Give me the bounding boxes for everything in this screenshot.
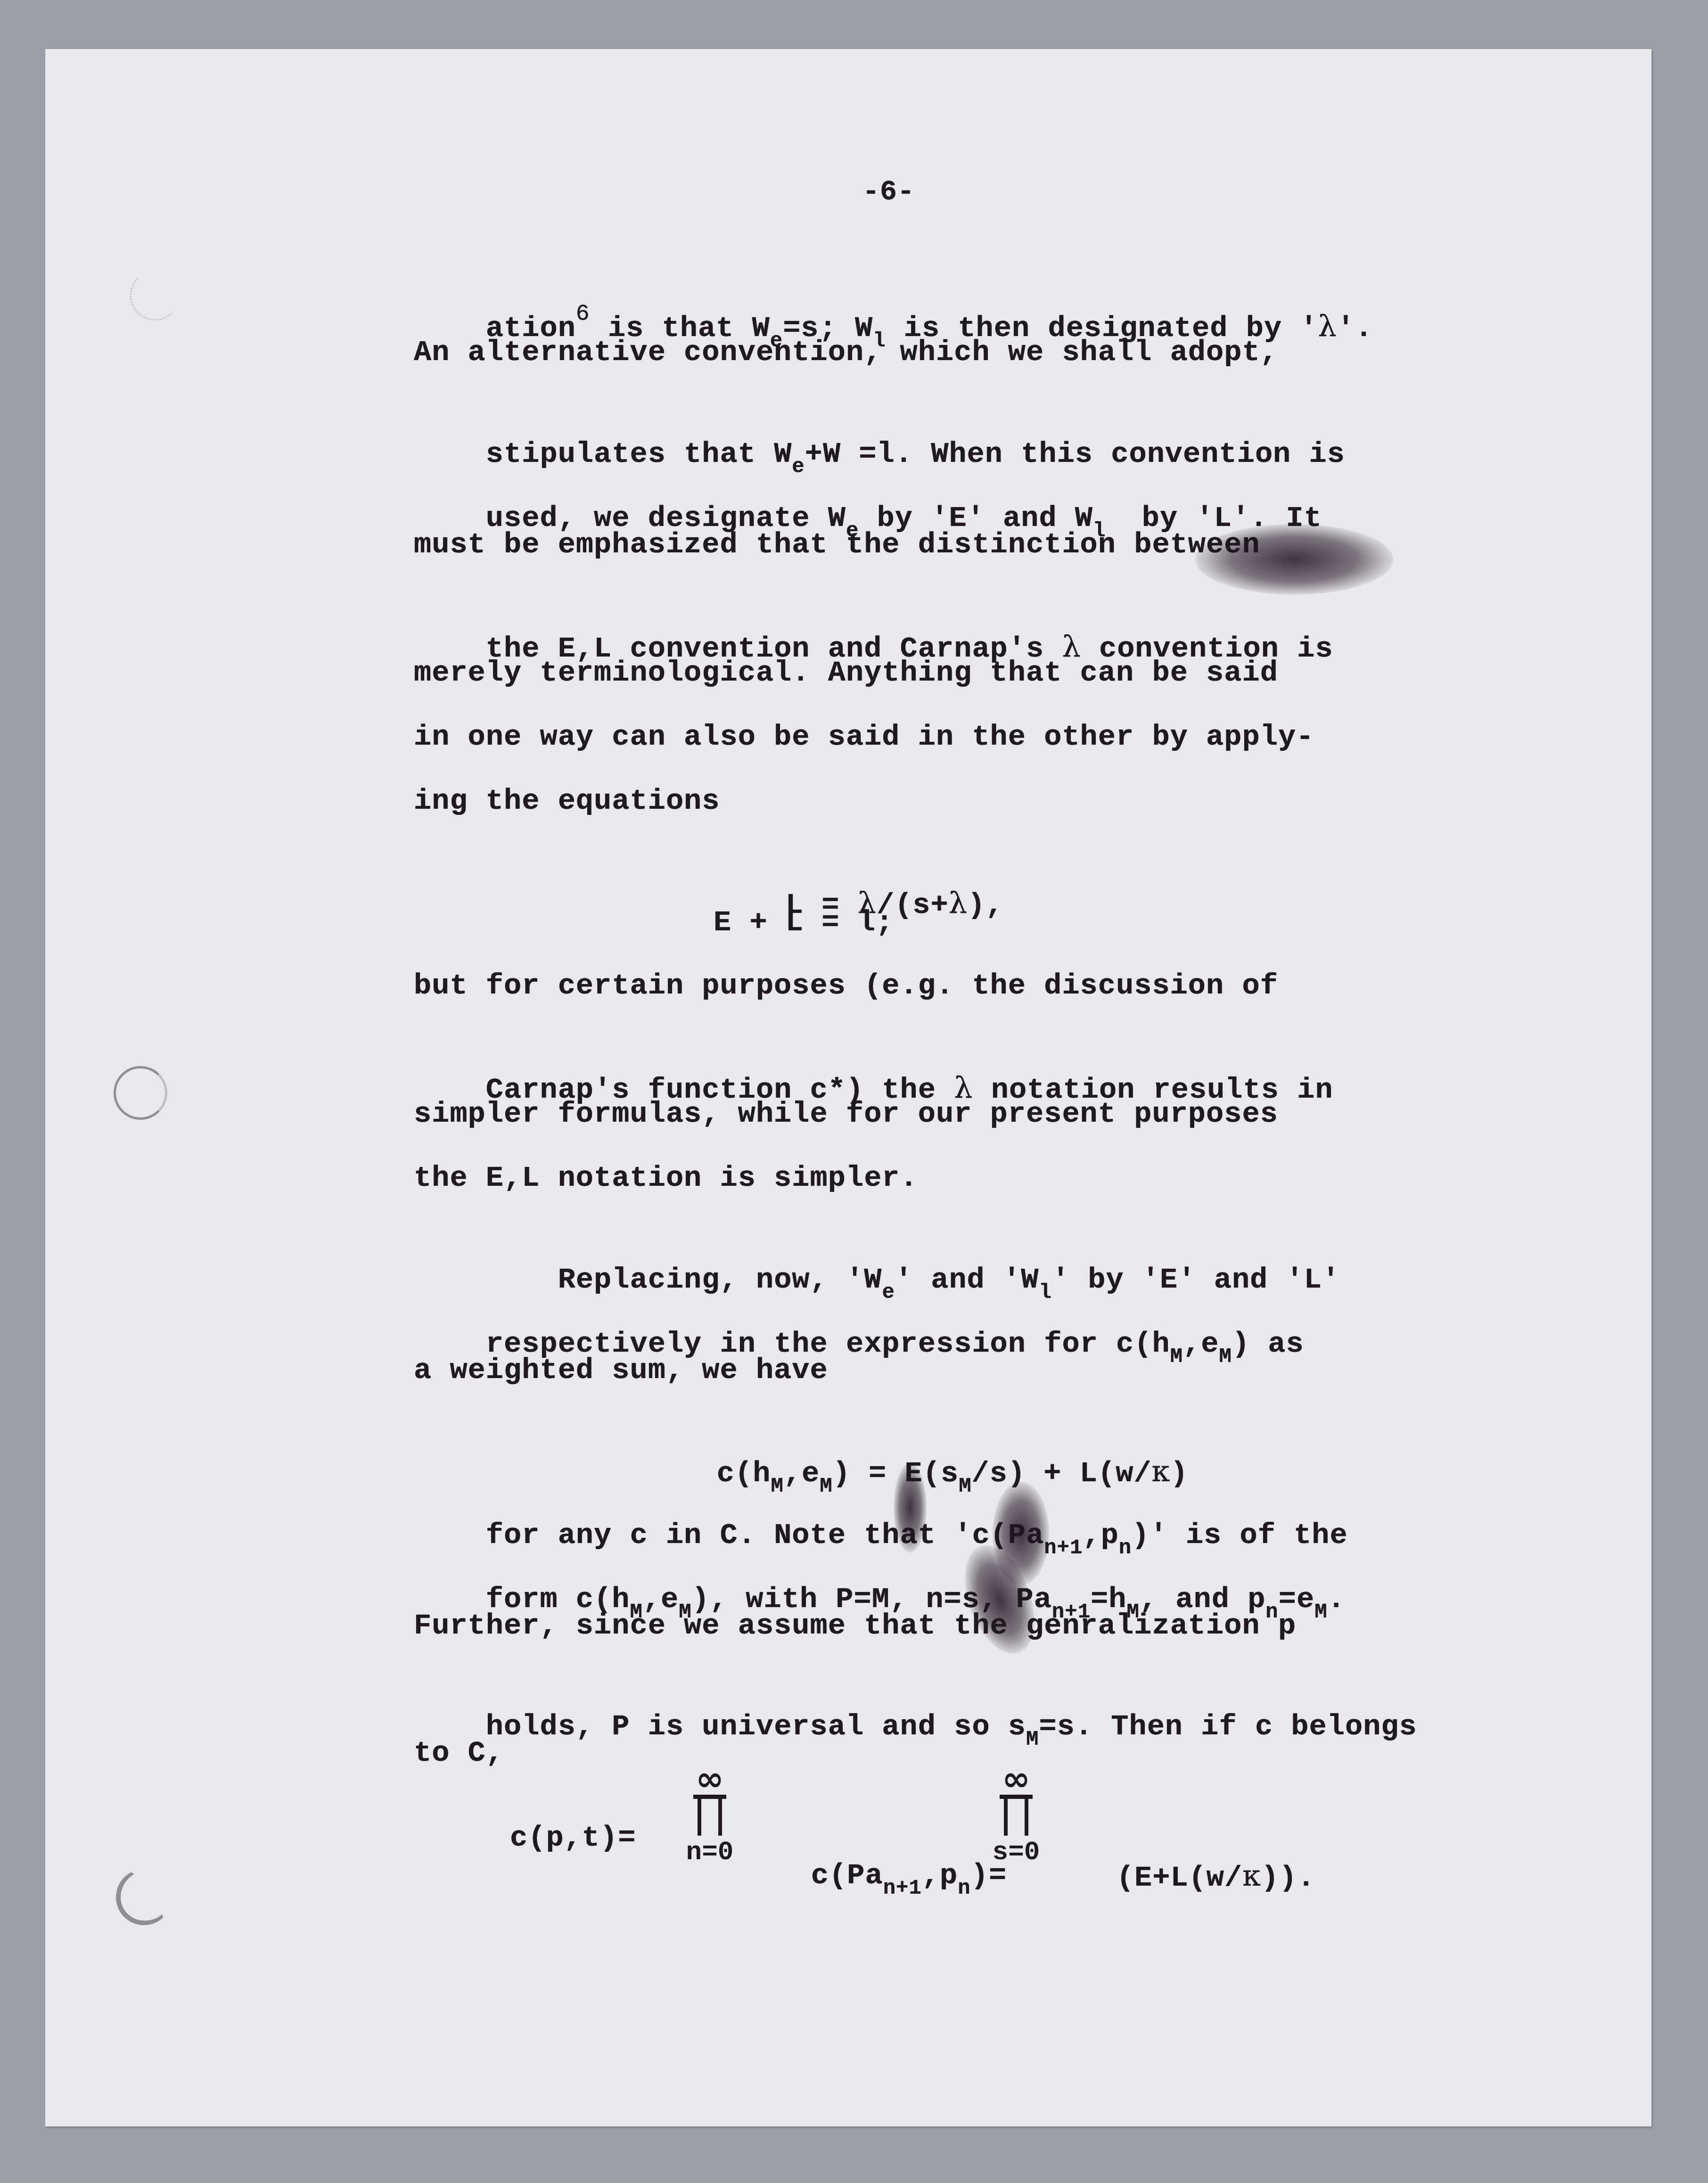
text-line: simpler formulas, while for our present … (414, 1095, 1278, 1133)
text-line: An alternative convention, which we shal… (414, 334, 1278, 371)
text-line: in one way can also be said in the other… (414, 718, 1314, 756)
punch-hole-mark-bottom (112, 1865, 177, 1930)
text-line: ing the equations (414, 782, 720, 820)
text-line: to C, (414, 1734, 504, 1772)
product-operator-s: ∞ s=0 (988, 1764, 1044, 1869)
equation-product-rhs: (E+L(w/κ)). (1044, 1819, 1315, 1935)
lambda-symbol: λ (1318, 309, 1337, 343)
equation-E-plus-L: E + L = l; (714, 904, 894, 942)
equation-product-lhs: c(p,t)= (510, 1819, 654, 1857)
punch-hole-mark-middle (114, 1066, 167, 1120)
ink-smudge-strikeover (1195, 524, 1393, 595)
text-line: holds, P is universal and so sM=s. Then … (414, 1670, 1417, 1783)
text-line: a weighted sum, we have (414, 1352, 828, 1389)
text-line: but for certain purposes (e.g. the discu… (414, 967, 1278, 1005)
text-line: must be emphasized that the distinction … (414, 526, 1260, 564)
text-line: the E,L notation is simpler. (414, 1159, 918, 1197)
punch-hole-mark-top (130, 271, 180, 320)
page-number: -6- (862, 173, 915, 211)
text-line: merely terminological. Anything that can… (414, 654, 1278, 692)
ink-smudge (894, 1463, 927, 1552)
equation-product-middle: c(Pan+1,pn)= (739, 1819, 1025, 1932)
text-line: Further, since we assume that the genral… (414, 1607, 1296, 1645)
product-operator-n: ∞ n=0 (682, 1764, 738, 1869)
document-page: -6- ation6 is that We=s; Wl is then desi… (45, 49, 1651, 2126)
